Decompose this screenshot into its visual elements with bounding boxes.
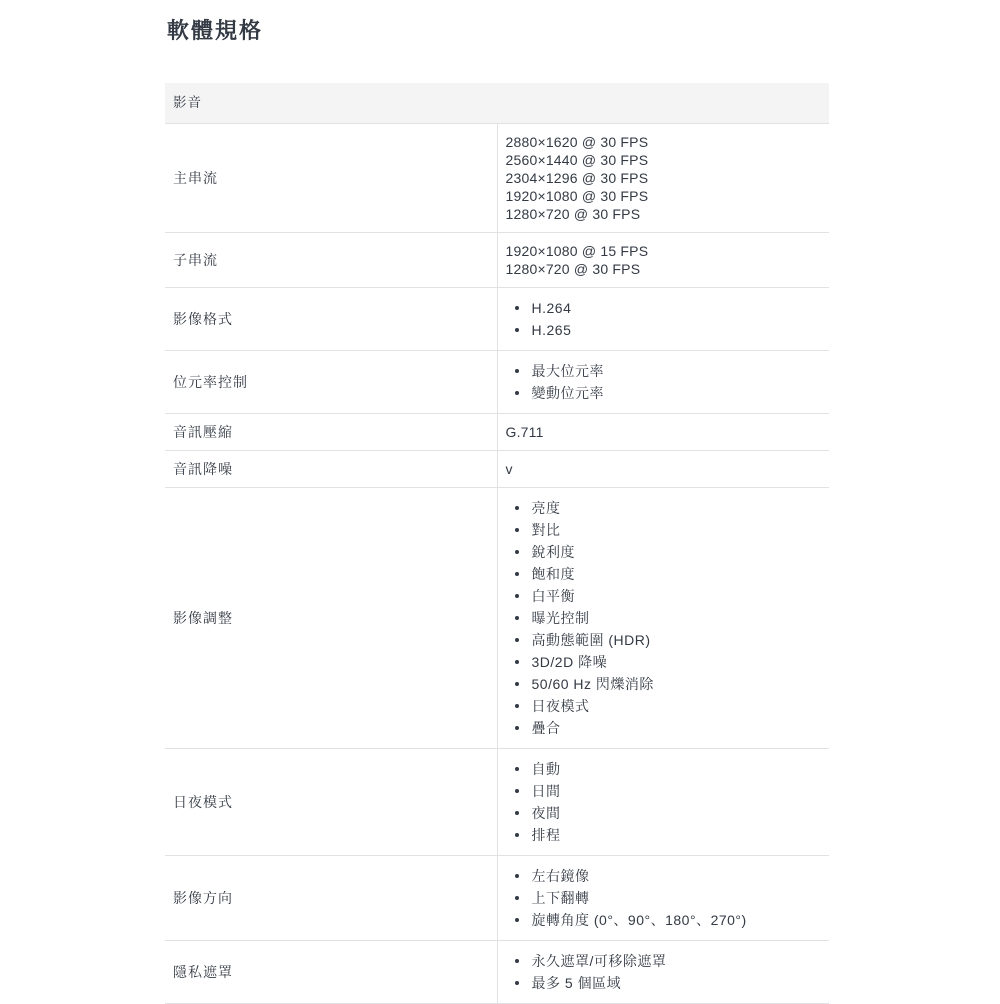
bullet-item: 最大位元率	[506, 360, 822, 382]
table-row: 影像方向左右鏡像上下翻轉旋轉角度 (0°、90°、180°、270°)	[165, 856, 829, 941]
spec-value: 自動日間夜間排程	[497, 749, 829, 856]
bullet-item: 永久遮罩/可移除遮罩	[506, 950, 822, 972]
bullet-item: 亮度	[506, 497, 822, 519]
section-header-row: 影音	[165, 83, 829, 124]
bullet-list: 最大位元率變動位元率	[506, 360, 822, 404]
value-line: 1920×1080 @ 15 FPS	[506, 242, 822, 260]
bullet-item: 日間	[506, 780, 822, 802]
table-row: 音訊降噪v	[165, 451, 829, 488]
spec-value: 2880×1620 @ 30 FPS2560×1440 @ 30 FPS2304…	[497, 124, 829, 233]
value-line: 1280×720 @ 30 FPS	[506, 205, 822, 223]
value-line: 2880×1620 @ 30 FPS	[506, 133, 822, 151]
spec-label: 隱私遮罩	[165, 941, 497, 1001]
spec-label: 日夜模式	[165, 749, 497, 856]
spec-value: 亮度對比銳利度飽和度白平衡曝光控制高動態範圍 (HDR)3D/2D 降噪50/6…	[497, 488, 829, 749]
software-spec-table: 影音 主串流2880×1620 @ 30 FPS2560×1440 @ 30 F…	[165, 83, 829, 1000]
bullet-list: 自動日間夜間排程	[506, 758, 822, 846]
spec-table-head: 影音	[165, 83, 829, 124]
bullet-item: H.264	[506, 297, 822, 319]
bullet-list: H.264H.265	[506, 297, 822, 341]
bullet-item: H.265	[506, 319, 822, 341]
spec-label: 位元率控制	[165, 351, 497, 414]
bullet-item: 白平衡	[506, 585, 822, 607]
spec-value: 1920×1080 @ 15 FPS1280×720 @ 30 FPS	[497, 233, 829, 288]
spec-label: 主串流	[165, 124, 497, 233]
spec-label: 子串流	[165, 233, 497, 288]
bullet-item: 銳利度	[506, 541, 822, 563]
value-line: 2560×1440 @ 30 FPS	[506, 151, 822, 169]
table-row: 隱私遮罩永久遮罩/可移除遮罩最多 5 個區域	[165, 941, 829, 1001]
value-line: v	[506, 460, 822, 478]
spec-value: v	[497, 451, 829, 488]
bullet-item: 日夜模式	[506, 695, 822, 717]
value-line: 1280×720 @ 30 FPS	[506, 260, 822, 278]
spec-value: 永久遮罩/可移除遮罩最多 5 個區域	[497, 941, 829, 1001]
spec-table-body: 主串流2880×1620 @ 30 FPS2560×1440 @ 30 FPS2…	[165, 124, 829, 1001]
table-row: 位元率控制最大位元率變動位元率	[165, 351, 829, 414]
bullet-item: 疊合	[506, 717, 822, 739]
table-row: 日夜模式自動日間夜間排程	[165, 749, 829, 856]
bullet-item: 變動位元率	[506, 382, 822, 404]
bullet-item: 3D/2D 降噪	[506, 651, 822, 673]
spec-page: 軟體規格 影音 主串流2880×1620 @ 30 FPS2560×1440 @…	[165, 0, 829, 1000]
value-line: G.711	[506, 423, 822, 441]
table-row: 子串流1920×1080 @ 15 FPS1280×720 @ 30 FPS	[165, 233, 829, 288]
bullet-list: 永久遮罩/可移除遮罩最多 5 個區域	[506, 950, 822, 994]
spec-value: H.264H.265	[497, 288, 829, 351]
value-line: 1920×1080 @ 30 FPS	[506, 187, 822, 205]
spec-label: 影像格式	[165, 288, 497, 351]
value-line: 2304×1296 @ 30 FPS	[506, 169, 822, 187]
spec-label: 影像調整	[165, 488, 497, 749]
bullet-item: 旋轉角度 (0°、90°、180°、270°)	[506, 909, 822, 931]
spec-label: 音訊壓縮	[165, 414, 497, 451]
bullet-item: 50/60 Hz 閃爍消除	[506, 673, 822, 695]
bullet-item: 高動態範圍 (HDR)	[506, 629, 822, 651]
table-row: 影像調整亮度對比銳利度飽和度白平衡曝光控制高動態範圍 (HDR)3D/2D 降噪…	[165, 488, 829, 749]
spec-value: 最大位元率變動位元率	[497, 351, 829, 414]
table-row: 影像格式H.264H.265	[165, 288, 829, 351]
bullet-item: 對比	[506, 519, 822, 541]
bullet-list: 左右鏡像上下翻轉旋轉角度 (0°、90°、180°、270°)	[506, 865, 822, 931]
section-header: 影音	[165, 83, 829, 124]
bullet-item: 上下翻轉	[506, 887, 822, 909]
bullet-item: 飽和度	[506, 563, 822, 585]
bullet-item: 排程	[506, 824, 822, 846]
bullet-item: 自動	[506, 758, 822, 780]
spec-label: 音訊降噪	[165, 451, 497, 488]
spec-value: G.711	[497, 414, 829, 451]
spec-label: 影像方向	[165, 856, 497, 941]
bullet-item: 夜間	[506, 802, 822, 824]
spec-value: 左右鏡像上下翻轉旋轉角度 (0°、90°、180°、270°)	[497, 856, 829, 941]
table-row: 音訊壓縮G.711	[165, 414, 829, 451]
bullet-item: 左右鏡像	[506, 865, 822, 887]
page-title: 軟體規格	[167, 17, 829, 45]
bullet-list: 亮度對比銳利度飽和度白平衡曝光控制高動態範圍 (HDR)3D/2D 降噪50/6…	[506, 497, 822, 739]
bullet-item: 最多 5 個區域	[506, 972, 822, 994]
bullet-item: 曝光控制	[506, 607, 822, 629]
table-row: 主串流2880×1620 @ 30 FPS2560×1440 @ 30 FPS2…	[165, 124, 829, 233]
